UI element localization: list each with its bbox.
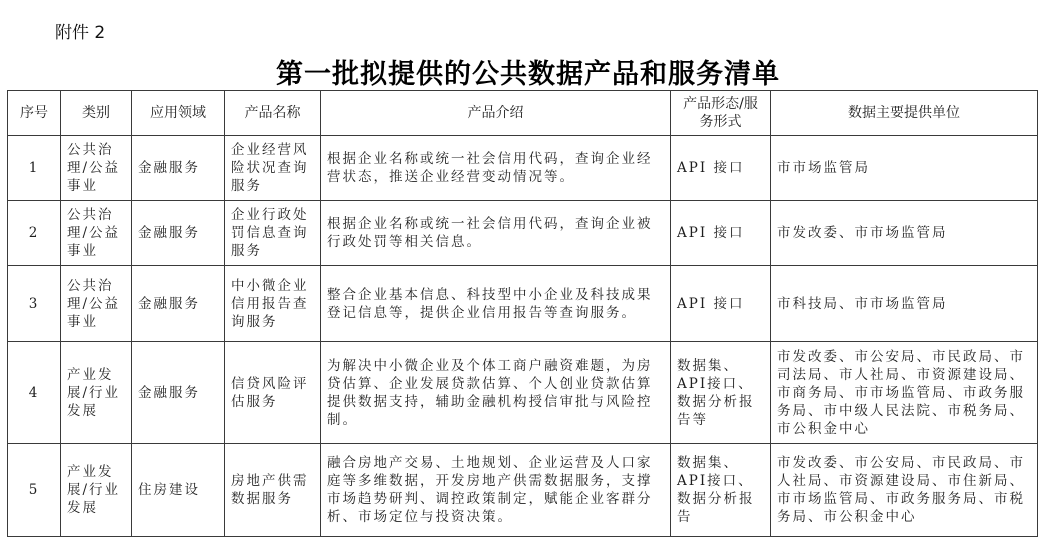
cell-category: 产业发展/行业发展 xyxy=(61,342,132,444)
cell-no: 2 xyxy=(8,201,61,266)
header-category: 类别 xyxy=(61,91,132,136)
cell-form: 数据集、API接口、数据分析报告等 xyxy=(671,342,771,444)
table-row: 5 产业发展/行业发展 住房建设 房地产供需数据服务 融合房地产交易、土地规划、… xyxy=(8,444,1038,537)
product-list-table: 序号 类别 应用领域 产品名称 产品介绍 产品形态/服务形式 数据主要提供单位 … xyxy=(7,90,1038,537)
cell-form: API 接口 xyxy=(671,266,771,342)
cell-product: 中小微企业信用报告查询服务 xyxy=(225,266,321,342)
cell-intro: 整合企业基本信息、科技型中小企业及科技成果登记信息等，提供企业信用报告等查询服务… xyxy=(321,266,671,342)
header-no: 序号 xyxy=(8,91,61,136)
cell-intro: 融合房地产交易、土地规划、企业运营及人口家庭等多维数据，开发房地产供需数据服务，… xyxy=(321,444,671,537)
cell-no: 5 xyxy=(8,444,61,537)
table-row: 3 公共治理/公益事业 金融服务 中小微企业信用报告查询服务 整合企业基本信息、… xyxy=(8,266,1038,342)
table-header-row: 序号 类别 应用领域 产品名称 产品介绍 产品形态/服务形式 数据主要提供单位 xyxy=(8,91,1038,136)
cell-category: 公共治理/公益事业 xyxy=(61,136,132,201)
cell-domain: 金融服务 xyxy=(132,342,225,444)
attachment-label: 附件 2 xyxy=(55,18,105,43)
cell-no: 4 xyxy=(8,342,61,444)
table-row: 1 公共治理/公益事业 金融服务 企业经营风险状况查询服务 根据企业名称或统一社… xyxy=(8,136,1038,201)
cell-product: 企业经营风险状况查询服务 xyxy=(225,136,321,201)
table-row: 4 产业发展/行业发展 金融服务 信贷风险评估服务 为解决中小微企业及个体工商户… xyxy=(8,342,1038,444)
document-title: 第一批拟提供的公共数据产品和服务清单 xyxy=(0,52,1046,91)
header-product: 产品名称 xyxy=(225,91,321,136)
cell-form: API 接口 xyxy=(671,136,771,201)
header-provider: 数据主要提供单位 xyxy=(771,91,1038,136)
cell-category: 产业发展/行业发展 xyxy=(61,444,132,537)
cell-category: 公共治理/公益事业 xyxy=(61,201,132,266)
cell-domain: 金融服务 xyxy=(132,266,225,342)
header-intro: 产品介绍 xyxy=(321,91,671,136)
cell-no: 3 xyxy=(8,266,61,342)
cell-category: 公共治理/公益事业 xyxy=(61,266,132,342)
cell-provider: 市科技局、市市场监管局 xyxy=(771,266,1038,342)
cell-provider: 市市场监管局 xyxy=(771,136,1038,201)
cell-form: 数据集、API接口、数据分析报告 xyxy=(671,444,771,537)
cell-form: API 接口 xyxy=(671,201,771,266)
header-domain: 应用领域 xyxy=(132,91,225,136)
table-row: 2 公共治理/公益事业 金融服务 企业行政处罚信息查询服务 根据企业名称或统一社… xyxy=(8,201,1038,266)
cell-provider: 市发改委、市公安局、市民政局、市人社局、市资源建设局、市住新局、市市场监管局、市… xyxy=(771,444,1038,537)
cell-domain: 金融服务 xyxy=(132,136,225,201)
cell-intro: 根据企业名称或统一社会信用代码，查询企业经营状态，推送企业经营变动情况等。 xyxy=(321,136,671,201)
cell-product: 房地产供需数据服务 xyxy=(225,444,321,537)
cell-no: 1 xyxy=(8,136,61,201)
header-form: 产品形态/服务形式 xyxy=(671,91,771,136)
cell-provider: 市发改委、市公安局、市民政局、市司法局、市人社局、市资源建设局、市商务局、市市场… xyxy=(771,342,1038,444)
cell-product: 信贷风险评估服务 xyxy=(225,342,321,444)
cell-domain: 住房建设 xyxy=(132,444,225,537)
cell-product: 企业行政处罚信息查询服务 xyxy=(225,201,321,266)
cell-intro: 为解决中小微企业及个体工商户融资难题，为房贷估算、企业发展贷款估算、个人创业贷款… xyxy=(321,342,671,444)
cell-intro: 根据企业名称或统一社会信用代码，查询企业被行政处罚等相关信息。 xyxy=(321,201,671,266)
cell-provider: 市发改委、市市场监管局 xyxy=(771,201,1038,266)
cell-domain: 金融服务 xyxy=(132,201,225,266)
